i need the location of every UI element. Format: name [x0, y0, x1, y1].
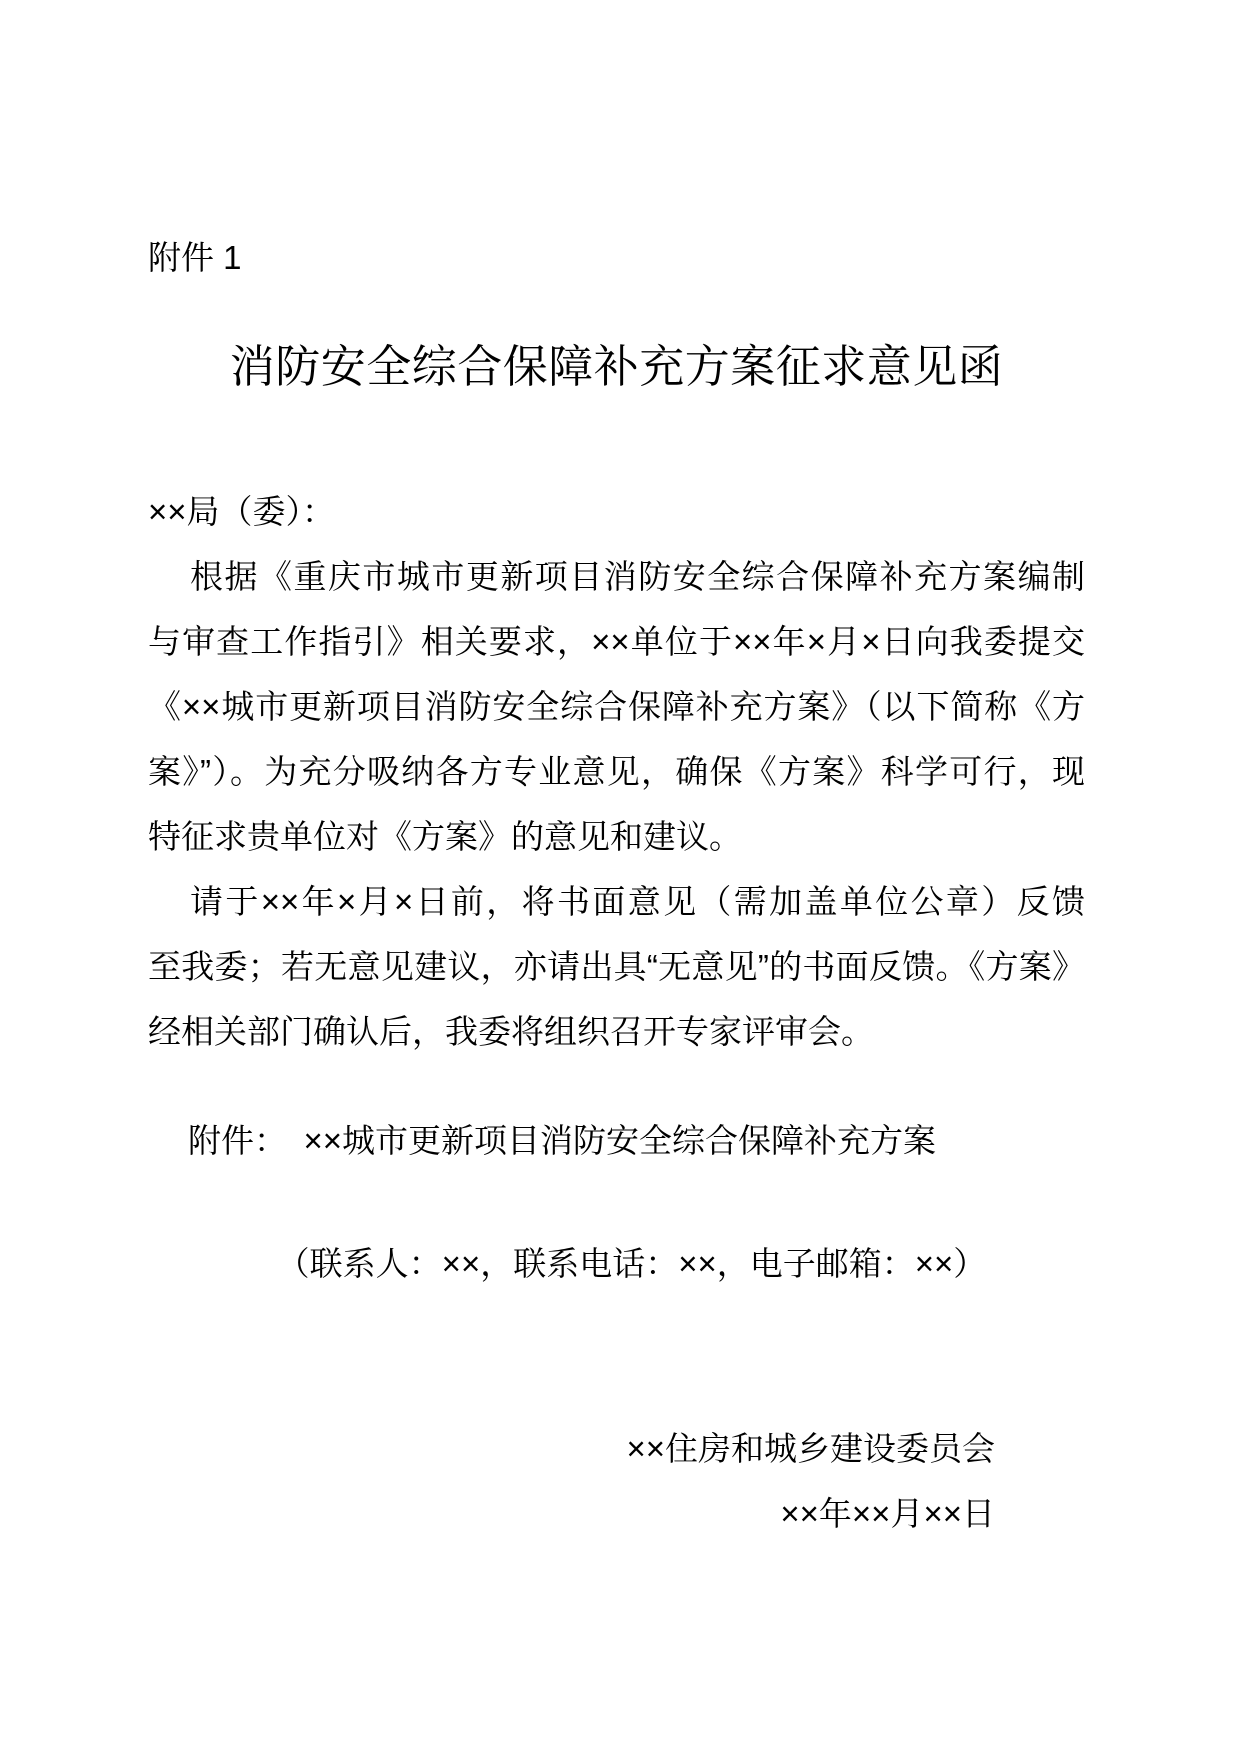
- attachment-reference-line: 附件： ××城市更新项目消防安全综合保障补充方案: [148, 1108, 1085, 1173]
- document-title: 消防安全综合保障补充方案征求意见函: [148, 338, 1085, 397]
- document-page: 附件 1 消防安全综合保障补充方案征求意见函 ××局（委）： 根据《重庆市城市更…: [0, 0, 1240, 1754]
- paragraph1-line-1: 根据《重庆市城市更新项目消防安全综合保障补充方案编制: [148, 544, 1085, 609]
- signature-block: ××住房和城乡建设委员会 ××年××月××日: [148, 1416, 1085, 1546]
- signature-date: ××年××月××日: [148, 1481, 995, 1546]
- contact-info-line: （联系人：××，联系电话：××，电子邮箱：××）: [148, 1231, 1085, 1296]
- attachment-number-label: 附件 1: [148, 238, 242, 278]
- paragraph2-line-3: 经相关部门确认后，我委将组织召开专家评审会。: [148, 999, 1085, 1064]
- paragraph1-line-2: 与审查工作指引》相关要求，××单位于××年×月×日向我委提交: [148, 609, 1085, 674]
- letter-body: ××局（委）： 根据《重庆市城市更新项目消防安全综合保障补充方案编制 与审查工作…: [148, 479, 1085, 1546]
- signature-organization: ××住房和城乡建设委员会: [148, 1416, 995, 1481]
- paragraph1-line-4: 案》”）。为充分吸纳各方专业意见，确保《方案》科学可行，现: [148, 739, 1085, 804]
- paragraph1-line-5: 特征求贵单位对《方案》的意见和建议。: [148, 804, 1085, 869]
- paragraph1-line-3: 《××城市更新项目消防安全综合保障补充方案》（以下简称《方: [148, 674, 1085, 739]
- paragraph2-line-2: 至我委；若无意见建议，亦请出具“无意见”的书面反馈。《方案》: [148, 934, 1085, 999]
- salutation-line: ××局（委）：: [148, 479, 1085, 544]
- paragraph2-line-1: 请于××年×月×日前，将书面意见（需加盖单位公章）反馈: [148, 869, 1085, 934]
